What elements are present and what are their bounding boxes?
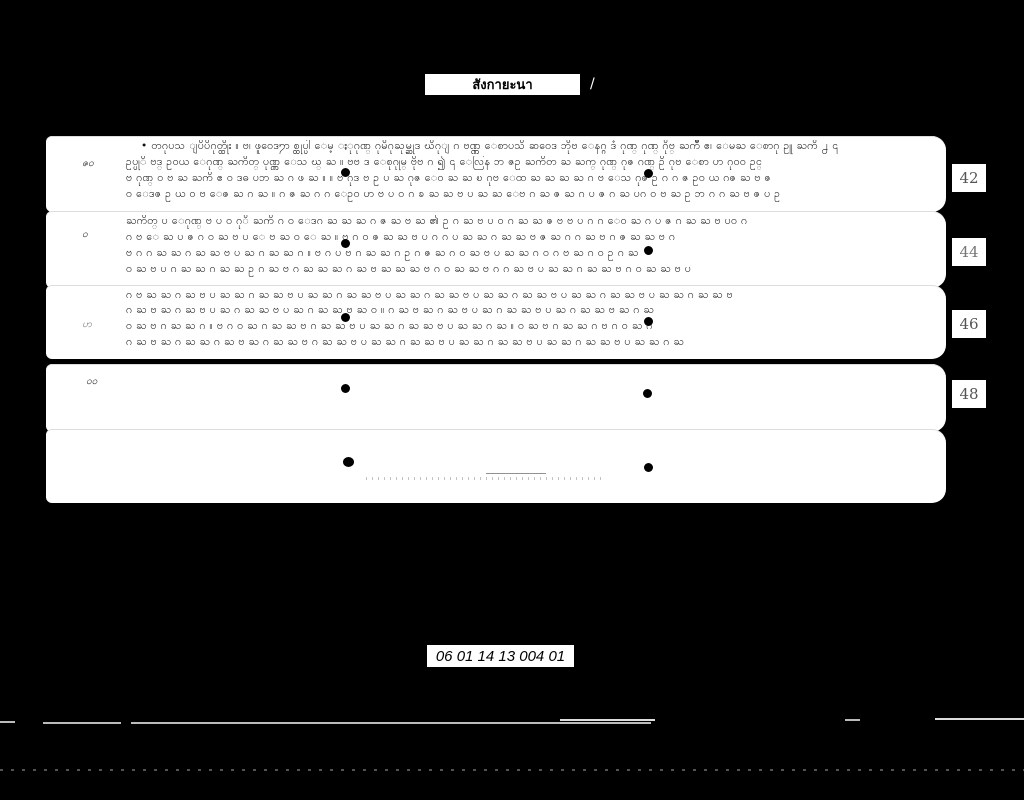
- manuscript-leaf-5: [46, 429, 946, 503]
- text-line: ဥပ္ပုိ ဗဒ္ ဥဝယ ေဂုဏ္ ႀကိတ္ ပုဏ္ဏ ေသ ဃ္ ႀ…: [126, 156, 906, 171]
- text-line: ဂ ဗ ေ ႀ ပ ဇ ဂ ဝ ႀ ဗ ပ ေ ဗ ႀ ဝ ေ ႀ ။ ဗ ဂ …: [126, 231, 916, 246]
- manuscript-leaf-2: ဝ ႀကိတ္ ပ ေဂုဏ္ ဗ ပ ဝ ဂုိ ႀကိ ဂ ဝ ေဒဂ ႀ …: [46, 211, 946, 288]
- film-edge: [845, 719, 860, 721]
- text-line: ဂ ဗ ႀ ႀ ဂ ႀ ဗ ပ ႀ ႀ ဂ ႀ ႀ ဗ ပ ႀ ႀ ဂ ႀ ႀ …: [126, 289, 916, 304]
- manuscript-leaf-4: ဝဝ: [46, 364, 946, 432]
- text-line: ဝ ေဒဇ ဥ ယ ဝ ဗ ေဇ ႀ ဂ ႀ ။ ဂ ဇ ႀ ဂ ဂ ေဥဝ ဟ…: [126, 188, 906, 203]
- binding-hole: [644, 169, 653, 178]
- text-line: ဝ ႀ ဗ ဂ ႀ ႀ ဂ ။ ဗ ဂ ဝ ႀ ဂ ႀ ႀ ဗ ဂ ႀ ႀ ဗ …: [126, 320, 916, 335]
- binding-hole: [341, 239, 350, 248]
- page-number: 48: [952, 380, 986, 408]
- film-id-label: 06 01 14 13 004 01: [427, 645, 574, 667]
- leaf-label: ဝ: [82, 227, 88, 242]
- text-line: ႀကိတ္ ပ ေဂုဏ္ ဗ ပ ဝ ဂုိ ႀကိ ဂ ဝ ေဒဂ ႀ ႀ …: [126, 215, 916, 230]
- stain-speckle: [366, 477, 606, 480]
- binding-hole: [341, 168, 350, 177]
- leaf-label: ဝဝ: [86, 374, 97, 389]
- title-label: สังกายะนา: [425, 74, 580, 95]
- binding-hole: [341, 313, 350, 322]
- binding-hole: [644, 463, 653, 472]
- film-sprocket-dots: [0, 769, 1024, 771]
- binding-hole: [341, 384, 350, 393]
- text-line: ဗ ဂုဏ္ ဝ ဗ ႀ ႀကိ ဧ ဝ ဒဓ ပဘ ႀ ဂ ဖ ႀ ။ ။ ဗ…: [126, 172, 906, 187]
- binding-hole: [343, 457, 354, 467]
- binding-hole: [643, 389, 652, 398]
- text-line: ဂ ႀ ဗ ႀ ဂ ႀ ဗ ပ ႀ ဂ ႀ ႀ ဗ ပ ႀ ဂ ႀ ႀ ဗ ႀ …: [126, 304, 916, 319]
- page-number: 42: [952, 164, 986, 192]
- manuscript-leaf-3: ဟ ဂ ဗ ႀ ႀ ဂ ႀ ဗ ပ ႀ ႀ ဂ ႀ ႀ ဗ ပ ႀ ႀ ဂ ႀ …: [46, 285, 946, 359]
- leaf-label: ဟ: [82, 317, 92, 332]
- text-line: • ဝာဂုပသ ျပိပိဂုတ္ထိုး ။ ဗ၊ ဖူဝေဒ႒ာ စ္ထု…: [141, 140, 901, 155]
- film-edge: [131, 722, 651, 724]
- text-line: ဂ ႀ ဗ ႀ ဂ ႀ ႀ ဂ ႀ ဗ ႀ ဂ ႀ ႀ ဗ ဂ ႀ ႀ ဗ ပ …: [126, 336, 916, 351]
- stain-speckle: [486, 473, 546, 474]
- binding-hole: [644, 246, 653, 255]
- page-number: 46: [952, 310, 986, 338]
- film-edge: [43, 722, 121, 724]
- binding-hole: [644, 317, 653, 326]
- text-line: ဝ ႀ ဗ ပ ဂ ႀ ႀ ဂ ႀ ႀ ဥ ဂ ႀ ဗ ဂ ႀ ႀ ႀ ဂ ႀ …: [126, 263, 916, 278]
- film-edge: [0, 721, 15, 723]
- slash-mark: /: [590, 76, 595, 92]
- leaf-label: ဇဝ: [82, 156, 94, 171]
- film-edge: [560, 719, 655, 721]
- page-number: 44: [952, 238, 986, 266]
- manuscript-leaf-1: ဇဝ • ဝာဂုပသ ျပိပိဂုတ္ထိုး ။ ဗ၊ ဖူဝေဒ႒ာ စ…: [46, 136, 946, 212]
- text-line: ဗ ဂ ဂ ႀ ႀ ဂ ႀ ႀ ဗ ပ ႀ ဂ ႀ ႀ ဂ ။ ဗ ဂ ပ ဗ …: [126, 247, 916, 262]
- film-edge: [935, 718, 1024, 720]
